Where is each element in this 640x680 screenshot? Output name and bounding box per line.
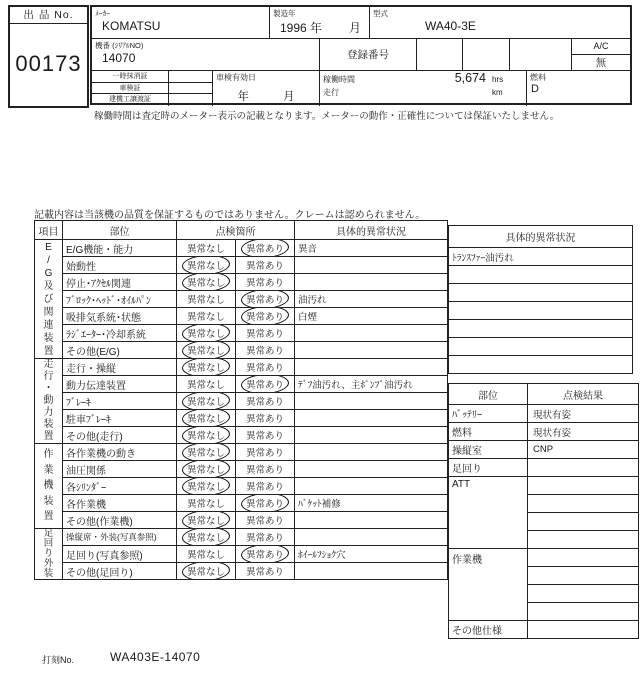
abnormality-remark — [295, 529, 448, 546]
check-no-abnormality-mark: 異常なし — [186, 547, 226, 561]
check-abnormality-selected-mark: 異常あり — [245, 309, 285, 323]
abnormality-remark: 油汚れ — [295, 291, 448, 308]
abnormality-remark — [295, 325, 448, 342]
abnormality-remark — [295, 274, 448, 291]
result-row: 操縦室CNP — [449, 441, 639, 459]
doc-row: 建機工譲渡証 — [92, 94, 212, 105]
abnormality-remark: ﾎｲｰﾙﾌｼｮｸ穴 — [295, 546, 448, 563]
part-name: 始動性 — [63, 257, 177, 274]
mfg-year-cell: 製造年 1996 年 月 — [270, 7, 370, 39]
check-abnormality-selected-mark: 異常あり — [245, 292, 285, 306]
abnormal-detail-text — [449, 302, 633, 320]
travel-label: 走行 — [320, 87, 381, 98]
result-value — [528, 477, 639, 495]
result-row: 燃料現状有姿 — [449, 423, 639, 441]
check-abnormality-mark: 異常あり — [245, 530, 285, 544]
meter-cell: 稼働時間 5,674 hrs 走行 km — [320, 71, 527, 106]
part-name: その他(E/G) — [63, 342, 177, 359]
empty-cell-1 — [417, 39, 463, 71]
check-abnormality-mark: 異常あり — [245, 275, 285, 289]
abnormal-detail-row — [449, 320, 633, 338]
part-name: 吸排気系統･状態 — [63, 308, 177, 325]
check-abnormality: 異常あり — [236, 257, 295, 274]
abnormal-detail-row — [449, 338, 633, 356]
hours-label: 稼働時間 — [320, 74, 381, 85]
maker-label: ﾒｰｶｰ — [92, 7, 269, 19]
check-abnormality-selected-mark: 異常あり — [245, 377, 285, 391]
fuel-value: D — [527, 83, 630, 95]
check-abnormality-mark: 異常あり — [245, 445, 285, 459]
check-no-abnormality-selected-mark: 異常なし — [186, 564, 226, 578]
check-abnormality-mark: 異常あり — [245, 343, 285, 357]
check-abnormality-mark: 異常あり — [245, 428, 285, 442]
check-abnormality-mark: 異常あり — [245, 479, 285, 493]
shaken-month: 月 — [283, 88, 295, 104]
inspection-row: その他(走行)異常なし異常あり — [35, 427, 448, 444]
quality-disclaimer: 記載内容は当該機の品質を保証するものではありません。クレームは認められません。 — [34, 206, 425, 221]
inspection-row: 始動性異常なし異常あり — [35, 257, 448, 274]
result-value — [528, 603, 639, 621]
mfg-year-number: 1996 — [280, 21, 307, 35]
hours-line: 稼働時間 5,674 hrs — [320, 71, 526, 87]
check-abnormality-mark: 異常あり — [245, 394, 285, 408]
part-name: 各ｼﾘﾝﾀﾞｰ — [63, 478, 177, 495]
check-no-abnormality-mark: 異常なし — [186, 496, 226, 510]
category-label-text: 走行・動力装置 — [35, 359, 62, 443]
check-no-abnormality-selected-mark: 異常なし — [186, 258, 226, 272]
col-header-item: 項目 — [35, 221, 63, 240]
abnormality-remark — [295, 427, 448, 444]
check-no-abnormality-mark: 異常なし — [186, 292, 226, 306]
check-no-abnormality-selected-mark: 異常なし — [186, 530, 226, 544]
abnormal-detail-text — [449, 266, 633, 284]
result-part-name: 操縦室 — [449, 441, 528, 459]
empty-cell-2 — [463, 39, 510, 71]
inspection-row: 各ｼﾘﾝﾀﾞｰ異常なし異常あり — [35, 478, 448, 495]
category-label-text: 足回り外装 — [35, 529, 62, 579]
check-no-abnormality: 異常なし — [177, 512, 236, 529]
part-name: ﾗｼﾞｴｰﾀｰ･冷却系統 — [63, 325, 177, 342]
result-value — [528, 621, 639, 639]
exhibit-number: 00173 — [10, 51, 87, 77]
hours-value: 5,674 — [381, 71, 486, 85]
model-cell: 型式 WA40-3E — [370, 7, 630, 39]
travel-line: 走行 km — [320, 87, 526, 103]
check-abnormality: 異常あり — [236, 512, 295, 529]
maker-cell: ﾒｰｶｰ KOMATSU — [92, 7, 270, 39]
result-panel-header-row: 部位 点検結果 — [449, 384, 639, 405]
check-no-abnormality: 異常なし — [177, 529, 236, 546]
serial-cell: 機番 (ｼﾘｱﾙNO) 14070 — [92, 39, 320, 71]
inspection-row: 油圧関係異常なし異常あり — [35, 461, 448, 478]
result-value — [528, 513, 639, 531]
result-value — [528, 567, 639, 585]
check-abnormality-mark: 異常あり — [245, 360, 285, 374]
part-name: その他(走行) — [63, 427, 177, 444]
inspection-row: 各作業機異常なし異常ありﾊﾞｹｯﾄ補修 — [35, 495, 448, 512]
result-value: 現状有姿 — [528, 423, 639, 441]
abnormal-detail-row — [449, 356, 633, 374]
check-abnormality: 異常あり — [236, 359, 295, 376]
empty-cell-3 — [510, 39, 572, 71]
category-label: 足回り外装 — [35, 529, 63, 580]
mfg-year-label: 製造年 — [270, 7, 369, 19]
fuel-label: 燃料 — [527, 71, 630, 83]
doc-value — [169, 71, 212, 82]
abnormality-remark: ﾊﾞｹｯﾄ補修 — [295, 495, 448, 512]
result-part-name: 足回り — [449, 459, 528, 477]
exhibit-number-label: 出 品 No. — [10, 7, 87, 24]
check-abnormality: 異常あり — [236, 393, 295, 410]
travel-unit: km — [486, 88, 503, 97]
serial-label: 機番 (ｼﾘｱﾙNO) — [92, 39, 319, 51]
check-no-abnormality: 異常なし — [177, 427, 236, 444]
result-part-name: その他仕様 — [449, 621, 528, 639]
ac-label: A/C — [572, 39, 630, 55]
registration-number-cell: 登録番号 — [320, 39, 417, 71]
shaken-year: 年 — [238, 88, 250, 104]
part-name: 足回り(写真参照) — [63, 546, 177, 563]
abnormal-detail-row — [449, 302, 633, 320]
result-value — [528, 585, 639, 603]
abnormality-remark: 異音 — [295, 240, 448, 257]
inspection-row: その他(E/G)異常なし異常あり — [35, 342, 448, 359]
ac-cell: A/C 無 — [572, 39, 630, 71]
result-row: 足回り — [449, 459, 639, 477]
abnormal-detail-text: ﾄﾗﾝｽﾌｧｰ油汚れ — [449, 248, 633, 266]
check-abnormality-mark: 異常あり — [245, 564, 285, 578]
abnormality-remark: 白煙 — [295, 308, 448, 325]
doc-row: 一時抹消証 — [92, 71, 212, 83]
check-no-abnormality: 異常なし — [177, 461, 236, 478]
month-suffix: 月 — [349, 19, 361, 36]
abnormal-detail-row: ﾄﾗﾝｽﾌｧｰ油汚れ — [449, 248, 633, 266]
check-no-abnormality: 異常なし — [177, 546, 236, 563]
category-label: 走行・動力装置 — [35, 359, 63, 444]
part-name: 駐車ﾌﾞﾚｰｷ — [63, 410, 177, 427]
check-abnormality-mark: 異常あり — [245, 462, 285, 476]
check-no-abnormality-selected-mark: 異常なし — [186, 479, 226, 493]
inspection-header-row: 項目 部位 点検箇所 具体的異常状況 — [35, 221, 448, 240]
check-no-abnormality-selected-mark: 異常なし — [186, 326, 226, 340]
machine-header-table: ﾒｰｶｰ KOMATSU 製造年 1996 年 月 型式 WA40-3E 機番 … — [90, 5, 632, 105]
check-no-abnormality: 異常なし — [177, 563, 236, 580]
check-abnormality: 異常あり — [236, 308, 295, 325]
part-name: 走行・操縦 — [63, 359, 177, 376]
part-name: 各作業機の動き — [63, 444, 177, 461]
part-name: 油圧関係 — [63, 461, 177, 478]
part-name: ﾌﾞﾛｯｸ･ﾍｯﾄﾞ･ｵｲﾙﾊﾟﾝ — [63, 291, 177, 308]
inspection-row: 足回り(写真参照)異常なし異常ありﾎｲｰﾙﾌｼｮｸ穴 — [35, 546, 448, 563]
check-no-abnormality-selected-mark: 異常なし — [186, 462, 226, 476]
inspection-row: 駐車ﾌﾞﾚｰｷ異常なし異常あり — [35, 410, 448, 427]
check-no-abnormality-selected-mark: 異常なし — [186, 445, 226, 459]
abnormal-detail-text — [449, 284, 633, 302]
inspection-row: 走行・動力装置走行・操縦異常なし異常あり — [35, 359, 448, 376]
part-name: その他(作業機) — [63, 512, 177, 529]
inspection-row: その他(足回り)異常なし異常あり — [35, 563, 448, 580]
check-no-abnormality: 異常なし — [177, 342, 236, 359]
abnormality-remark: ﾃﾞﾌ油汚れ、主ﾎﾟﾝﾌﾟ油汚れ — [295, 376, 448, 393]
abnormality-remark — [295, 512, 448, 529]
inspection-row: 足回り外装操縦席・外装(写真参照)異常なし異常あり — [35, 529, 448, 546]
check-no-abnormality: 異常なし — [177, 240, 236, 257]
check-abnormality-mark: 異常あり — [245, 326, 285, 340]
part-name: 停止･ｱｸｾﾙ関連 — [63, 274, 177, 291]
inspection-row: 吸排気系統･状態異常なし異常あり白煙 — [35, 308, 448, 325]
maker-value: KOMATSU — [92, 19, 269, 33]
abnormality-remark — [295, 359, 448, 376]
check-no-abnormality: 異常なし — [177, 376, 236, 393]
hours-unit: hrs — [486, 75, 503, 84]
part-name: E/G機能・能力 — [63, 240, 177, 257]
check-abnormality: 異常あり — [236, 342, 295, 359]
serial-value: 14070 — [92, 51, 319, 65]
col-header-part: 部位 — [63, 221, 177, 240]
document-list: 一時抹消証 車検証 建機工譲渡証 — [92, 71, 213, 106]
check-abnormality: 異常あり — [236, 325, 295, 342]
category-label-text: E/G及び関連装置 — [35, 241, 62, 358]
result-value: CNP — [528, 441, 639, 459]
stamp-number-label: 打刻No. — [42, 653, 74, 666]
result-row: ﾊﾞｯﾃﾘｰ現状有姿 — [449, 405, 639, 423]
check-no-abnormality-selected-mark: 異常なし — [186, 343, 226, 357]
abnormality-remark — [295, 563, 448, 580]
category-label: E/G及び関連装置 — [35, 240, 63, 359]
check-no-abnormality-mark: 異常なし — [186, 377, 226, 391]
abnormal-detail-row — [449, 284, 633, 302]
check-no-abnormality: 異常なし — [177, 495, 236, 512]
inspection-row: E/G及び関連装置E/G機能・能力異常なし異常あり異音 — [35, 240, 448, 257]
abnormal-panel-title: 具体的異常状況 — [449, 226, 633, 248]
result-value: 現状有姿 — [528, 405, 639, 423]
abnormality-remark — [295, 257, 448, 274]
doc-label-deregistration: 一時抹消証 — [92, 71, 169, 82]
result-row: その他仕様 — [449, 621, 639, 639]
check-abnormality: 異常あり — [236, 546, 295, 563]
result-value — [528, 495, 639, 513]
check-abnormality-mark: 異常あり — [245, 258, 285, 272]
check-no-abnormality-selected-mark: 異常なし — [186, 411, 226, 425]
check-no-abnormality-selected-mark: 異常なし — [186, 394, 226, 408]
check-no-abnormality: 異常なし — [177, 291, 236, 308]
part-name: 動力伝達装置 — [63, 376, 177, 393]
doc-value — [169, 83, 212, 94]
result-value — [528, 549, 639, 567]
mfg-year-value: 1996 年 月 — [270, 19, 369, 36]
check-abnormality: 異常あり — [236, 563, 295, 580]
check-abnormality: 異常あり — [236, 444, 295, 461]
result-part-name: 作業機 — [449, 549, 528, 621]
model-value: WA40-3E — [370, 19, 630, 33]
check-no-abnormality: 異常なし — [177, 410, 236, 427]
fuel-cell: 燃料 D — [527, 71, 630, 106]
check-abnormality: 異常あり — [236, 427, 295, 444]
result-col-result: 点検結果 — [528, 384, 639, 405]
check-abnormality-selected-mark: 異常あり — [245, 496, 285, 510]
abnormality-remark — [295, 461, 448, 478]
col-header-check: 点検箇所 — [177, 221, 295, 240]
check-abnormality: 異常あり — [236, 495, 295, 512]
check-abnormality: 異常あり — [236, 478, 295, 495]
part-name: ﾌﾞﾚｰｷ — [63, 393, 177, 410]
check-no-abnormality: 異常なし — [177, 274, 236, 291]
auction-inspection-sheet: { "exhibit": { "label": "出 品 No.", "numb… — [0, 0, 640, 680]
part-name: その他(足回り) — [63, 563, 177, 580]
abnormal-panel-header-row: 具体的異常状況 — [449, 226, 633, 248]
part-name: 各作業機 — [63, 495, 177, 512]
abnormal-detail-panel: 具体的異常状況 ﾄﾗﾝｽﾌｧｰ油汚れ — [448, 225, 633, 374]
check-no-abnormality-selected-mark: 異常なし — [186, 275, 226, 289]
meter-disclaimer-note: 稼働時間は査定時のメーター表示の記載となります。メーターの動作・正確性については… — [94, 108, 559, 122]
check-abnormality: 異常あり — [236, 291, 295, 308]
col-header-detail: 具体的異常状況 — [295, 221, 448, 240]
stamp-number-value: WA403E-14070 — [110, 650, 200, 664]
part-name: 操縦席・外装(写真参照) — [63, 529, 177, 546]
inspection-row: ﾌﾞﾛｯｸ･ﾍｯﾄﾞ･ｵｲﾙﾊﾟﾝ異常なし異常あり油汚れ — [35, 291, 448, 308]
check-abnormality-mark: 異常あり — [245, 513, 285, 527]
exhibit-number-box: 出 品 No. 00173 — [8, 5, 89, 108]
doc-label-shaken: 車検証 — [92, 83, 169, 94]
check-abnormality: 異常あり — [236, 529, 295, 546]
abnormal-detail-text — [449, 320, 633, 338]
inspection-row: 動力伝達装置異常なし異常ありﾃﾞﾌ油汚れ、主ﾎﾟﾝﾌﾟ油汚れ — [35, 376, 448, 393]
abnormal-detail-row — [449, 266, 633, 284]
check-no-abnormality: 異常なし — [177, 257, 236, 274]
ac-value: 無 — [572, 55, 630, 71]
check-no-abnormality-mark: 異常なし — [186, 241, 226, 255]
abnormality-remark — [295, 478, 448, 495]
result-part-name: ﾊﾞｯﾃﾘｰ — [449, 405, 528, 423]
category-label-text: 作業機装置 — [35, 447, 62, 525]
check-no-abnormality: 異常なし — [177, 478, 236, 495]
check-abnormality: 異常あり — [236, 240, 295, 257]
category-label: 作業機装置 — [35, 444, 63, 529]
inspection-row: その他(作業機)異常なし異常あり — [35, 512, 448, 529]
abnormality-remark — [295, 410, 448, 427]
shaken-validity-value: 年 月 — [213, 88, 319, 104]
abnormality-remark — [295, 444, 448, 461]
result-part-name: 燃料 — [449, 423, 528, 441]
result-value — [528, 531, 639, 549]
check-no-abnormality: 異常なし — [177, 393, 236, 410]
check-abnormality: 異常あり — [236, 274, 295, 291]
result-part-name: ATT — [449, 477, 528, 549]
check-abnormality-selected-mark: 異常あり — [245, 241, 285, 255]
check-no-abnormality-selected-mark: 異常なし — [186, 513, 226, 527]
doc-label-transfer: 建機工譲渡証 — [92, 94, 169, 105]
check-no-abnormality-selected-mark: 異常なし — [186, 428, 226, 442]
inspection-row: ﾌﾞﾚｰｷ異常なし異常あり — [35, 393, 448, 410]
inspection-row: 停止･ｱｸｾﾙ関連異常なし異常あり — [35, 274, 448, 291]
shaken-validity-label: 車検有効日 — [213, 71, 319, 83]
abnormal-detail-text — [449, 356, 633, 374]
doc-row: 車検証 — [92, 83, 212, 95]
shaken-validity-cell: 車検有効日 年 月 — [213, 71, 320, 106]
result-row: 作業機 — [449, 549, 639, 567]
inspection-table: 項目 部位 点検箇所 具体的異常状況 E/G及び関連装置E/G機能・能力異常なし… — [34, 220, 448, 580]
abnormality-remark — [295, 342, 448, 359]
check-abnormality-mark: 異常あり — [245, 411, 285, 425]
check-no-abnormality: 異常なし — [177, 444, 236, 461]
result-row: ATT — [449, 477, 639, 495]
check-no-abnormality-selected-mark: 異常なし — [186, 360, 226, 374]
check-abnormality: 異常あり — [236, 376, 295, 393]
inspection-result-panel: 部位 点検結果 ﾊﾞｯﾃﾘｰ現状有姿燃料現状有姿操縦室CNP足回りATT作業機そ… — [448, 383, 639, 639]
result-value — [528, 459, 639, 477]
check-no-abnormality: 異常なし — [177, 308, 236, 325]
check-abnormality-selected-mark: 異常あり — [245, 547, 285, 561]
check-no-abnormality-mark: 異常なし — [186, 309, 226, 323]
doc-value — [169, 94, 212, 105]
abnormality-remark — [295, 393, 448, 410]
inspection-row: 作業機装置各作業機の動き異常なし異常あり — [35, 444, 448, 461]
result-col-part: 部位 — [449, 384, 528, 405]
check-abnormality: 異常あり — [236, 410, 295, 427]
year-suffix: 年 — [310, 19, 322, 36]
check-no-abnormality: 異常なし — [177, 359, 236, 376]
check-abnormality: 異常あり — [236, 461, 295, 478]
inspection-row: ﾗｼﾞｴｰﾀｰ･冷却系統異常なし異常あり — [35, 325, 448, 342]
check-no-abnormality: 異常なし — [177, 325, 236, 342]
abnormal-detail-text — [449, 338, 633, 356]
model-label: 型式 — [370, 7, 630, 19]
